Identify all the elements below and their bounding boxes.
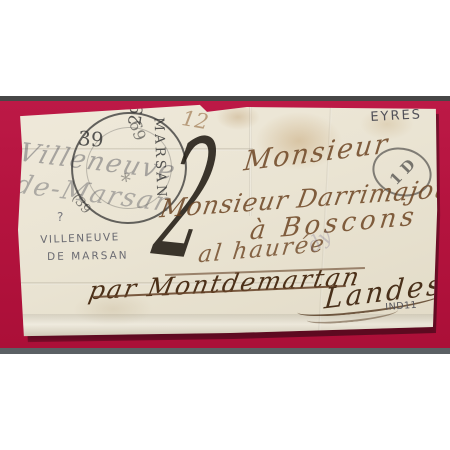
datestamp-department-number: 39 <box>77 126 104 152</box>
pencil-location-line1: VILLENEUVE <box>40 231 120 246</box>
letter-cover: Villeneuve de-Marsan 39 29 69 MARSAN (39… <box>18 104 438 337</box>
pencil-location-line2: DE MARSAN <box>47 250 129 263</box>
collector-name-pencil-note: EYRES <box>370 107 422 125</box>
pencil-query-mark: ? <box>57 210 63 224</box>
address-line-1: Monsieur <box>242 128 391 178</box>
catalogue-index-pencil-note: IND11 <box>385 300 418 313</box>
product-photo-page: Villeneuve de-Marsan 39 29 69 MARSAN (39… <box>0 0 450 450</box>
photo-bottom-shadow-bar <box>0 348 450 354</box>
